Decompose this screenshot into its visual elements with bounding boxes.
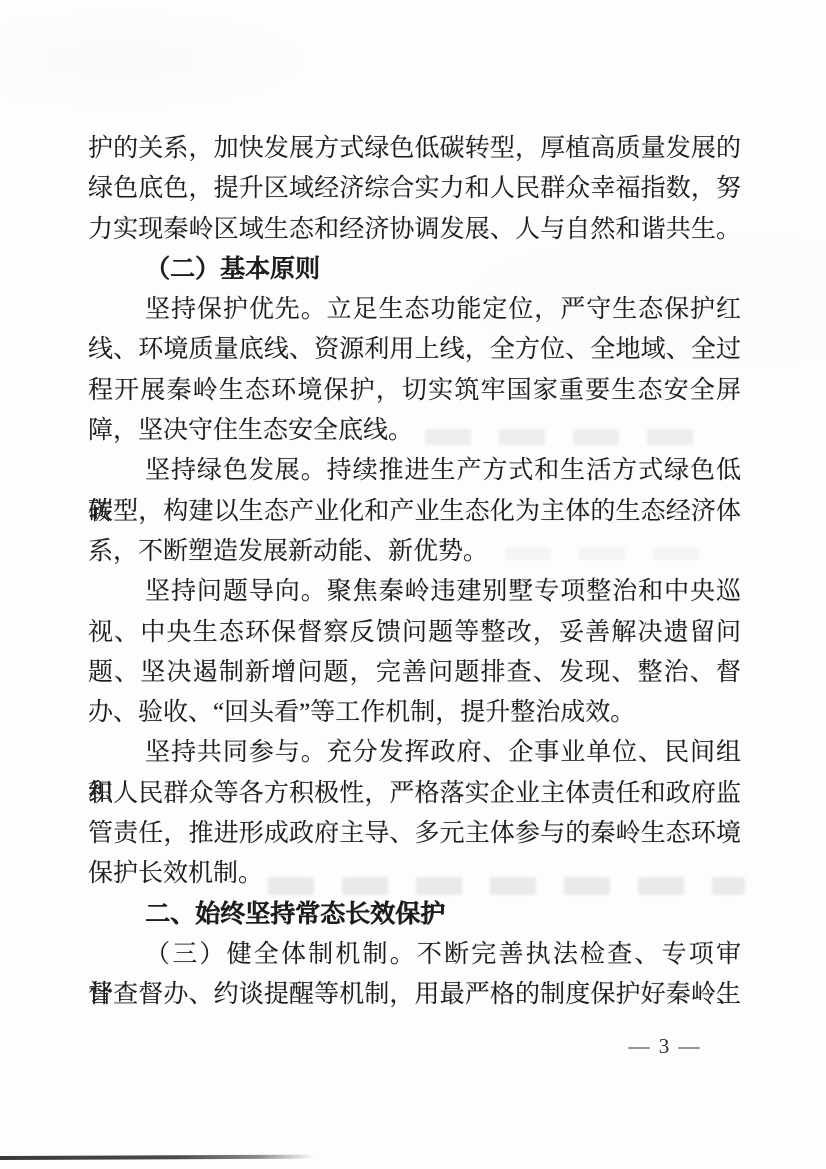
text-line: 坚持问题导向。聚焦秦岭违建别墅专项整治和中央巡 [88, 572, 741, 612]
text-line: 视、中央生态环保督察反馈问题等整改，妥善解决遗留问 [88, 613, 741, 653]
text-line: 保护长效机制。 [88, 854, 741, 894]
text-line: 和人民群众等各方积极性，严格落实企业主体责任和政府监 [88, 774, 741, 814]
section-heading: 二、始终坚持常态长效保护 [88, 895, 741, 935]
text-line: 系，不断塑造发展新动能、新优势。 [88, 532, 741, 572]
text-line: 障，坚决守住生态安全底线。 [88, 411, 741, 451]
text-line: （三）健全体制机制。不断完善执法检查、专项审计、 [88, 935, 741, 975]
text-line: 护的关系，加快发展方式绿色低碳转型，厚植高质量发展的 [88, 129, 741, 169]
text-line: 绿色底色，提升区域经济综合实力和人民群众幸福指数，努 [88, 169, 741, 209]
text-line: 线、环境质量底线、资源利用上线，全方位、全地域、全过 [88, 330, 741, 370]
document-page: 护的关系，加快发展方式绿色低碳转型，厚植高质量发展的绿色底色，提升区域经济综合实… [0, 0, 826, 1169]
text-line: 坚持共同参与。充分发挥政府、企事业单位、民间组织 [88, 733, 741, 773]
text-line: 坚持保护优先。立足生态功能定位，严守生态保护红 [88, 290, 741, 330]
scanner-edge-line [0, 1155, 315, 1160]
document-body: 护的关系，加快发展方式绿色低碳转型，厚植高质量发展的绿色底色，提升区域经济综合实… [88, 129, 741, 1016]
text-line: 办、验收、“回头看”等工作机制，提升整治成效。 [88, 693, 741, 733]
text-line: 力实现秦岭区域生态和经济协调发展、人与自然和谐共生。 [88, 210, 741, 250]
text-line: 坚持绿色发展。持续推进生产方式和生活方式绿色低碳 [88, 451, 741, 491]
section-heading: （二）基本原则 [88, 250, 741, 290]
text-line: 程开展秦岭生态环境保护，切实筑牢国家重要生态安全屏 [88, 371, 741, 411]
text-line: 督查督办、约谈提醒等机制，用最严格的制度保护好秦岭生 [88, 975, 741, 1015]
text-line: 转型，构建以生态产业化和产业生态化为主体的生态经济体 [88, 492, 741, 532]
text-line: 题、坚决遏制新增问题，完善问题排查、发现、整治、督 [88, 653, 741, 693]
text-line: 管责任，推进形成政府主导、多元主体参与的秦岭生态环境 [88, 814, 741, 854]
page-number: — 3 — [610, 1032, 720, 1060]
